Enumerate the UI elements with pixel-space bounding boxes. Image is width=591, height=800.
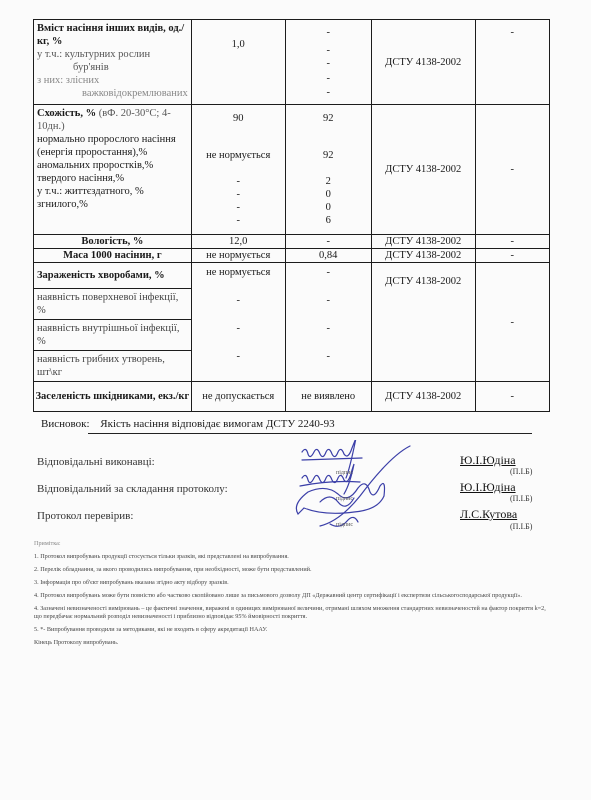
uncertainty-cell: - (475, 20, 549, 105)
conclusion: Висновок: Якість насіння відповідає вимо… (41, 418, 335, 430)
method-cell: ДСТУ 4138-2002 (371, 382, 475, 412)
uncertainty-cell: - (475, 263, 549, 382)
indicator-cell: наявність внутрішньої інфекції, % (34, 320, 192, 351)
method-cell: ДСТУ 4138-2002 (371, 105, 475, 235)
value: 6 (286, 214, 371, 227)
uncertainty-cell: - (475, 382, 549, 412)
actual-cell: 0,84 (285, 249, 371, 263)
sub-label: з них: злісних (37, 74, 188, 87)
signature-role: Відповідальні виконавці: (37, 456, 155, 468)
actual-cell: не виявлено (285, 382, 371, 412)
indicator-cell: наявність грибних утворень, шт\кг (34, 351, 192, 382)
indicator-label: Вміст насіння інших видів, од./кг, % (37, 23, 184, 47)
pib-caption: (П.І.Б) (510, 467, 532, 476)
norm-cell: не нормується (191, 249, 285, 263)
value: - (286, 86, 371, 99)
sub-label: нормально пророслого насіння (енергія пр… (37, 133, 188, 159)
value: - (192, 188, 285, 201)
table-row: Вміст насіння інших видів, од./кг, % у т… (34, 20, 550, 105)
table-row: Вологість, % 12,0 - ДСТУ 4138-2002 - (34, 235, 550, 249)
method-cell: ДСТУ 4138-2002 (371, 249, 475, 263)
table-row: Маса 1000 насінин, г не нормується 0,84 … (34, 249, 550, 263)
indicator-cell: Зараженість хворобами, % (34, 263, 192, 289)
sub-label: у т.ч.: культурних рослин (37, 48, 188, 61)
value: - (192, 350, 285, 363)
note-item: 3. Інформація про об'єкт випробувань вка… (34, 579, 554, 587)
actual-cell: - - - - (285, 263, 371, 382)
uncertainty-cell: - (475, 249, 549, 263)
signature-role: Відповідальний за складання протоколу: (37, 483, 228, 495)
uncertainty-cell: - (475, 235, 549, 249)
uncertainty-cell: - (475, 105, 549, 235)
value: - (192, 294, 285, 307)
value: - (286, 44, 371, 57)
value: 0 (286, 201, 371, 214)
sub-label: у т.ч.: життєздатного, % (37, 185, 188, 198)
value: - (192, 175, 285, 188)
sub-label: бур'янів (37, 61, 188, 74)
handwritten-signatures-icon (290, 440, 420, 540)
method-cell: ДСТУ 4138-2002 (371, 263, 475, 382)
norm-cell: 12,0 (191, 235, 285, 249)
notes: Примітка: 1. Протокол випробувань продук… (34, 540, 554, 652)
sign-caption: підпис (336, 470, 353, 476)
method-cell: ДСТУ 4138-2002 (371, 20, 475, 105)
signer-name: Л.С.Кутова (460, 507, 517, 522)
norm-cell: не допускається (191, 382, 285, 412)
signer-name: Ю.І.Юдіна (460, 480, 516, 495)
value: 2 (286, 175, 371, 188)
actual-cell: - - - - - (285, 20, 371, 105)
pib-caption: (П.І.Б) (510, 522, 532, 531)
conclusion-text: Якість насіння відповідає вимогам ДСТУ 2… (100, 418, 334, 430)
sub-label: твердого насіння,% (37, 172, 188, 185)
indicator-cell: Схожість, % (вФ. 20-30°С; 4-10дн.) норма… (34, 105, 192, 235)
conclusion-underline (88, 433, 532, 434)
value: - (286, 266, 371, 279)
sub-label: аномальних проростків,% (37, 159, 188, 172)
value: - (286, 26, 371, 39)
value: 0 (286, 188, 371, 201)
value: - (286, 72, 371, 85)
value: - (286, 294, 371, 307)
method-cell: ДСТУ 4138-2002 (371, 235, 475, 249)
note-item: 5. *- Випробування проводили за методика… (34, 626, 554, 634)
indicator-cell: Маса 1000 насінин, г (34, 249, 192, 263)
sub-label: важковідокремлюваних (37, 87, 188, 100)
sign-caption: підпис (336, 496, 353, 502)
value: 90 (192, 112, 285, 125)
end-of-protocol: Кінець Протоколу випробувань. (34, 639, 554, 647)
signer-name: Ю.І.Юдіна (460, 453, 516, 468)
norm-cell: не нормується - - - (191, 263, 285, 382)
results-table: Вміст насіння інших видів, од./кг, % у т… (33, 19, 550, 412)
indicator-label: Схожість, % (37, 108, 96, 119)
value: - (192, 201, 285, 214)
norm-cell: 1,0 (191, 20, 285, 105)
value: - (286, 350, 371, 363)
table-row: Заселеність шкідниками, екз./кг не допус… (34, 382, 550, 412)
value: 92 (286, 149, 371, 162)
sign-caption: підпис (336, 522, 353, 528)
value: - (192, 214, 285, 227)
value: 92 (286, 112, 371, 125)
value: - (286, 57, 371, 70)
actual-cell: 92 92 2 0 0 6 (285, 105, 371, 235)
actual-cell: - (285, 235, 371, 249)
note-item: 1. Протокол випробувань продукції стосує… (34, 553, 554, 561)
table-row: Схожість, % (вФ. 20-30°С; 4-10дн.) норма… (34, 105, 550, 235)
value: не нормується (192, 266, 285, 279)
indicator-cell: Заселеність шкідниками, екз./кг (34, 382, 192, 412)
pib-caption: (П.І.Б) (510, 494, 532, 503)
sub-label: згнилого,% (37, 198, 188, 211)
table-row: Зараженість хворобами, % не нормується -… (34, 263, 550, 289)
notes-heading: Примітка: (34, 540, 554, 548)
note-item: 4. Протокол випробувань може бути повніс… (34, 592, 554, 600)
value: не нормується (192, 149, 285, 162)
norm-cell: 90 не нормується - - - - (191, 105, 285, 235)
indicator-cell: наявність поверхневої інфекції, % (34, 289, 192, 320)
value: - (192, 322, 285, 335)
note-item: 4. Зазначені невизначеності вимірювань –… (34, 605, 554, 621)
conclusion-label: Висновок: (41, 418, 90, 430)
indicator-cell: Вміст насіння інших видів, од./кг, % у т… (34, 20, 192, 105)
value: - (286, 322, 371, 335)
indicator-cell: Вологість, % (34, 235, 192, 249)
signature-role: Протокол перевірив: (37, 510, 133, 522)
note-item: 2. Перелік обладнання, за якого проводил… (34, 566, 554, 574)
